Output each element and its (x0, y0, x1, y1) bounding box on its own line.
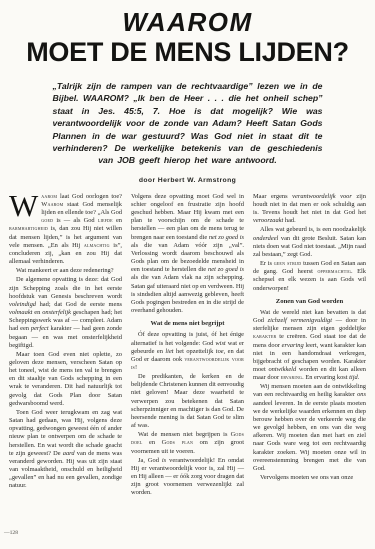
text-column-1: Waarom laat God oorlogen toe? Waarom sta… (9, 193, 122, 545)
section-heading: Zonen van God worden (253, 298, 366, 306)
paragraph: Wij mensen moeten aan de ontwikkeling va… (253, 383, 366, 473)
byline: door Herbert W. Armstrong (9, 177, 366, 184)
paragraph: Toen God weer terugkwam en zag wat Satan… (9, 409, 122, 491)
text-column-2: Volgens deze opvatting moet God wel in s… (131, 193, 244, 545)
text-column-3: Maar ergens verantwoordelijk voor zijn h… (253, 193, 366, 545)
paragraph: Ja, God is verantwoordelijk! En omdat Hi… (131, 457, 244, 498)
paragraph: Vervolgens moeten we ons van onze (253, 474, 366, 482)
article-body: Waarom laat God oorlogen toe? Waarom sta… (9, 193, 366, 545)
paragraph: Wat de mensen niet begrijpen is Gods doe… (131, 431, 244, 455)
paragraph: Óf deze opvatting is juist, óf het énige… (131, 331, 244, 372)
paragraph: De algemene opvatting is deze: dat God z… (9, 276, 122, 349)
article-title-line2: MOET DE MENS LIJDEN? (9, 38, 366, 67)
article-title-line1: WAAROM (9, 8, 366, 36)
paragraph: Alles wat gebeurd is, is een noodzakelij… (253, 226, 366, 259)
paragraph: Maar toen God even niet oplette, zo gelo… (9, 351, 122, 408)
intro-abstract: „Talrijk zijn de rampen van de rechtvaar… (53, 80, 323, 167)
paragraph: Waarom laat God oorlogen toe? Waarom sta… (9, 193, 122, 266)
article-header: WAAROM MOET DE MENS LIJDEN? (9, 8, 366, 67)
paragraph: Wat de wereld niet kan bevatten is dat G… (253, 309, 366, 382)
drop-cap: W (9, 193, 41, 218)
paragraph: Maar ergens verantwoordelijk voor zijn h… (253, 193, 366, 226)
paragraph: Wat mankeert er aan deze redenering? (9, 267, 122, 275)
page-number: —128 (4, 530, 18, 536)
paragraph: Volgens deze opvatting moet God wel in s… (131, 193, 244, 315)
article-page: WAAROM MOET DE MENS LIJDEN? „Talrijk zij… (0, 0, 375, 549)
paragraph: Er is geen strijd tussen God en Satan aa… (253, 260, 366, 293)
paragraph: De predikanten, de kerken en de belijden… (131, 373, 244, 430)
section-heading: Wat de mens niet begrijpt (131, 320, 244, 328)
